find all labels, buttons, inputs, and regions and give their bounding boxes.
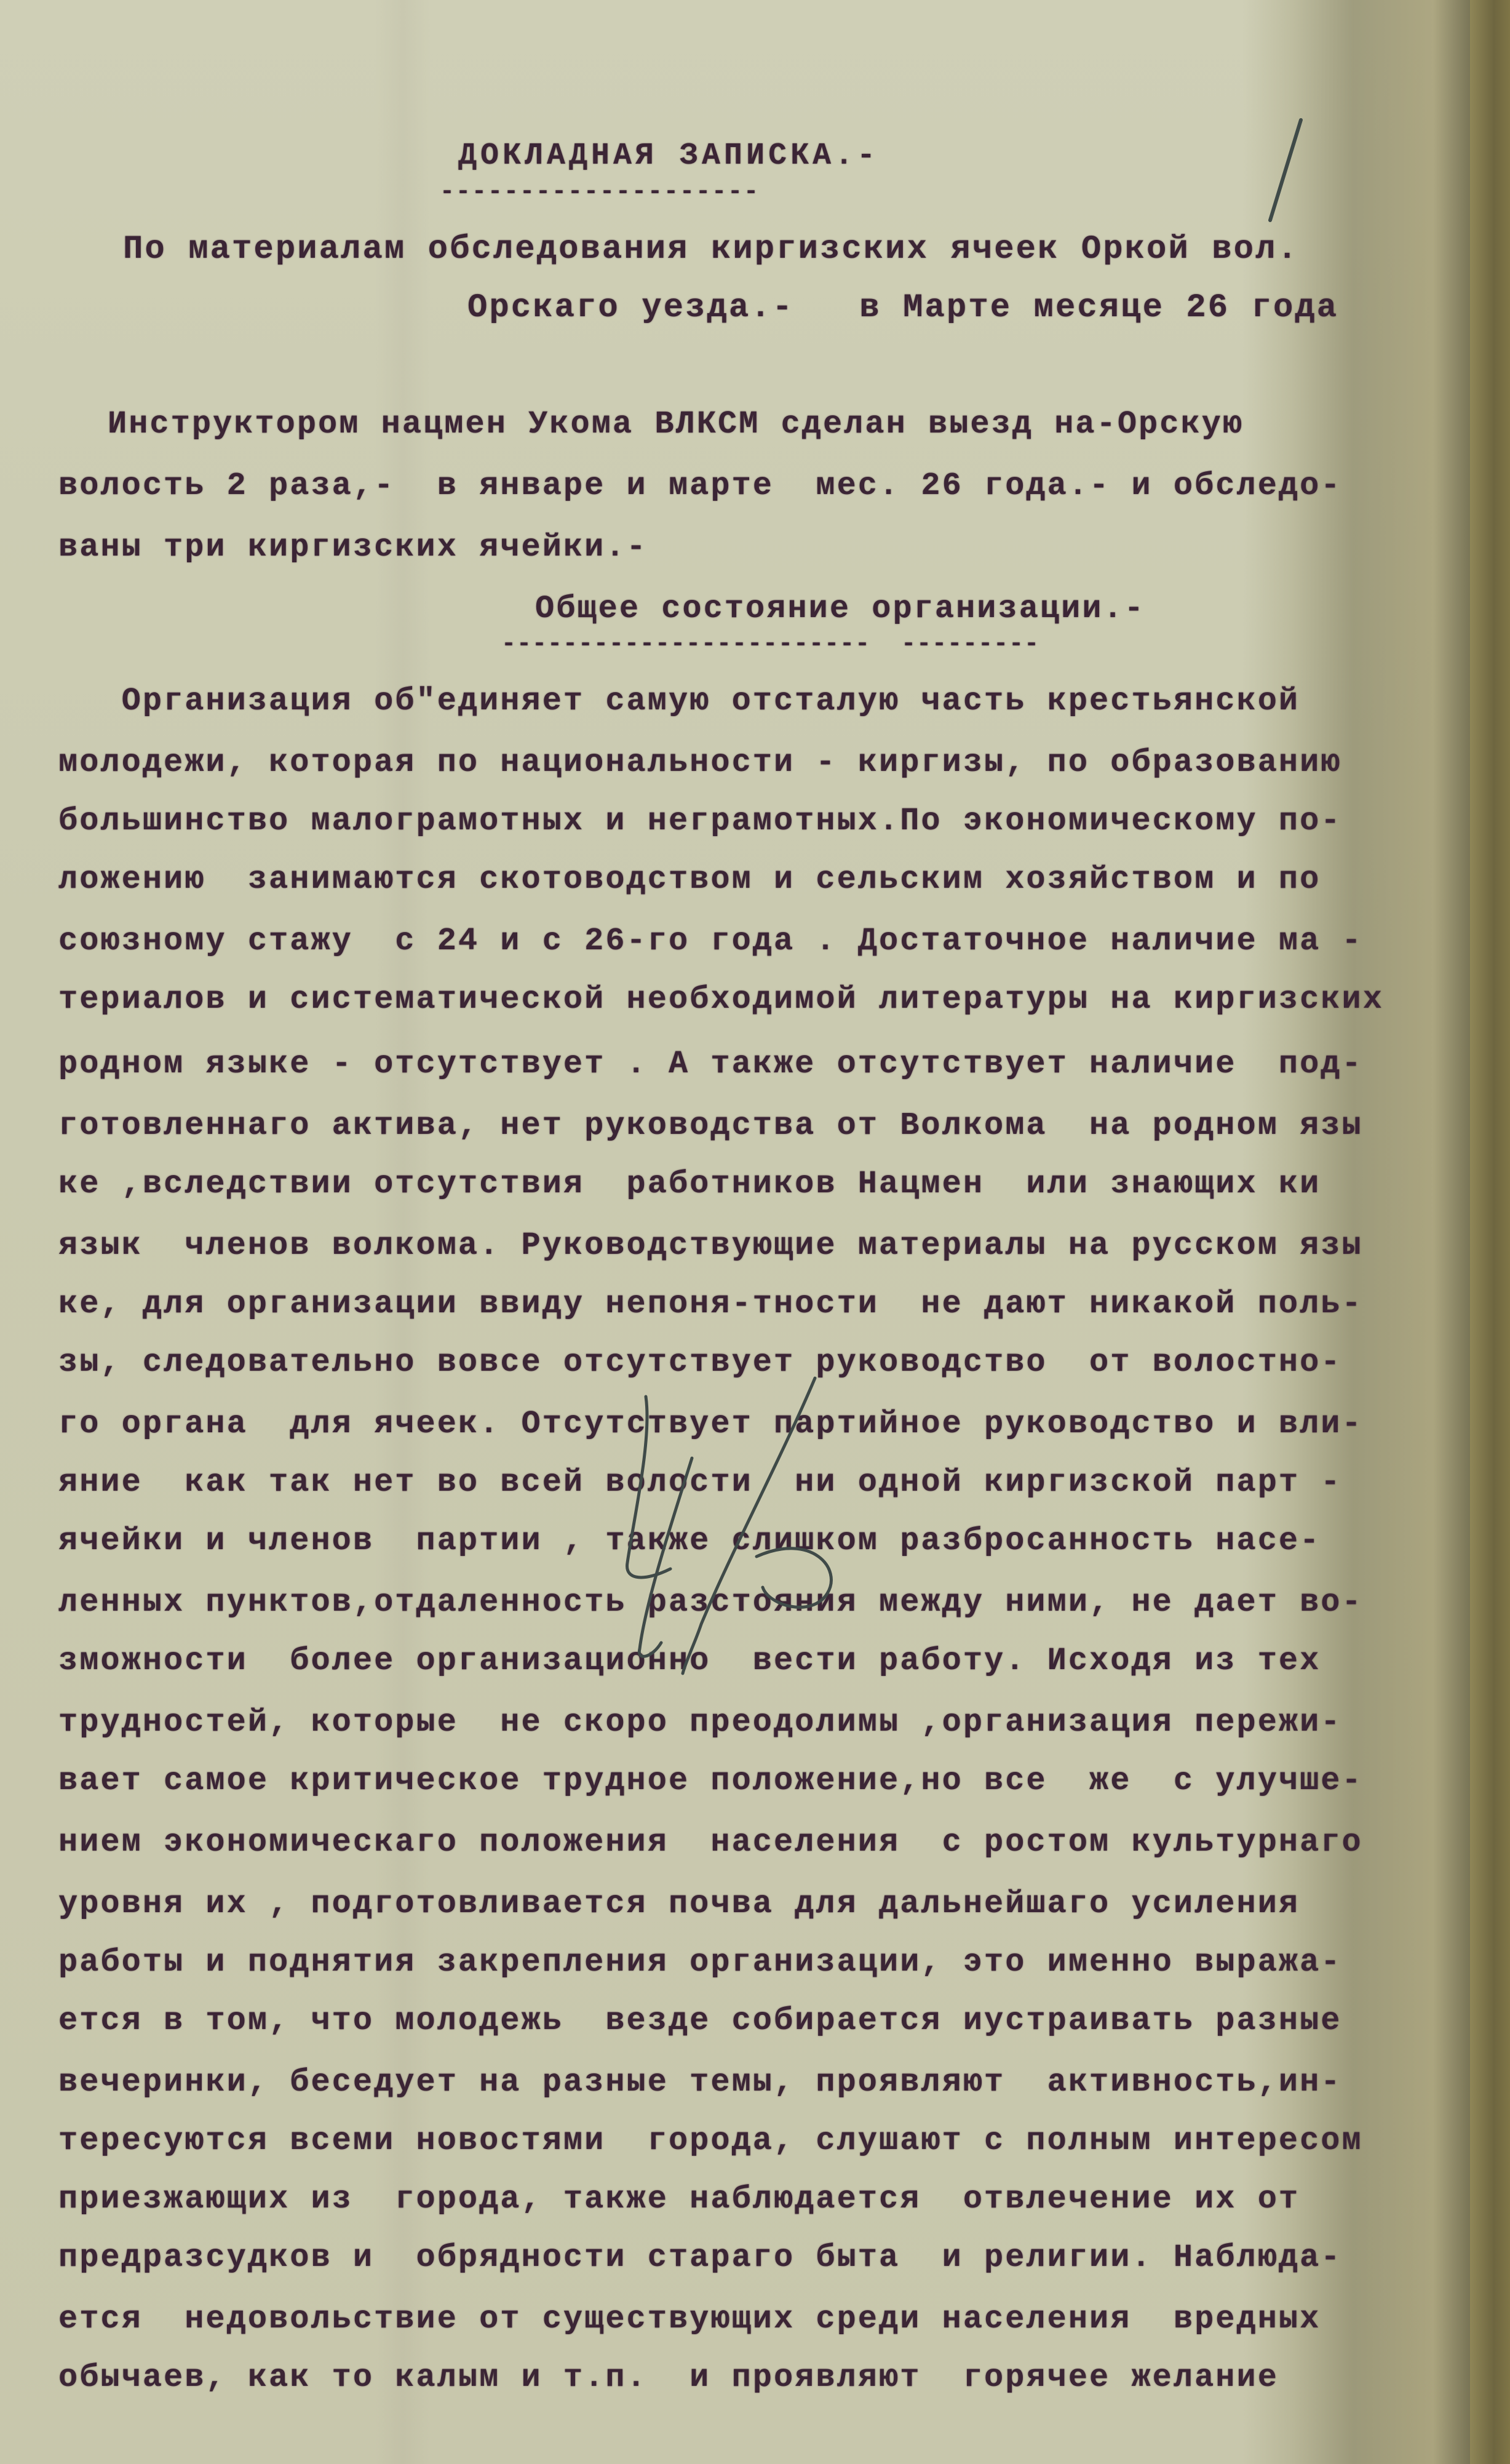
body-line: тересуются всеми новостями города, слуша… bbox=[58, 2123, 1363, 2159]
body-line: ке ,вследствии отсутствия работников Нац… bbox=[58, 1166, 1321, 1202]
body-line: вечеринки, беседует на разные темы, проя… bbox=[58, 2064, 1342, 2100]
subtitle-line-1: По материалам обследования киргизских яч… bbox=[123, 231, 1299, 268]
body-line: Организация об"единяет самую отсталую ча… bbox=[58, 683, 1300, 719]
body-line: большинство малограмотных и неграмотных.… bbox=[58, 803, 1342, 839]
page-number-mark-icon bbox=[1261, 117, 1310, 228]
section-underline: ------------------------ --------- bbox=[501, 631, 1039, 658]
intro-line-1: Инструктором нацмен Укома ВЛКСМ сделан в… bbox=[108, 406, 1244, 442]
body-line: приезжающих из города, также наблюдается… bbox=[58, 2181, 1300, 2217]
body-line: ячейки и членов партии , также слишком р… bbox=[58, 1523, 1321, 1559]
body-line: предразсудков и обрядности стараго быта … bbox=[58, 2239, 1342, 2276]
body-line: язык членов волкома. Руководствующие мат… bbox=[58, 1227, 1363, 1264]
body-line: ложению занимаются скотоводством и сельс… bbox=[58, 861, 1321, 898]
body-line: союзному стажу с 24 и с 26-го года . Дос… bbox=[58, 923, 1363, 959]
body-line: ется в том, что молодежь везде собираетс… bbox=[58, 2003, 1342, 2039]
body-line: ке, для организации ввиду непоня-тности … bbox=[58, 1286, 1363, 1322]
body-line: нием экономическаго положения населения … bbox=[58, 1824, 1363, 1860]
archival-document-page: ДОКЛАДНАЯ ЗАПИСКА.- --------------------… bbox=[0, 0, 1510, 2464]
body-line: зможности более организационно вести раб… bbox=[58, 1643, 1321, 1679]
binding-edge bbox=[1470, 0, 1510, 2464]
section-heading: Общее состояние организации.- bbox=[535, 591, 1145, 627]
body-line: вает самое критическое трудное положение… bbox=[58, 1763, 1363, 1799]
title-underline: -------------------- bbox=[440, 178, 760, 206]
body-line: молодежи, которая по национальности - ки… bbox=[58, 744, 1342, 781]
body-line: уровня их , подготовливается почва для д… bbox=[58, 1886, 1300, 1922]
body-line: ется недовольствие от существующих среди… bbox=[58, 2301, 1321, 2337]
body-line: териалов и систематической необходимой л… bbox=[58, 981, 1384, 1018]
body-line: зы, следовательно вовсе отсутствует руко… bbox=[58, 1344, 1342, 1381]
subtitle-line-2: Орскаго уезда.- в Марте месяце 26 года bbox=[467, 289, 1338, 327]
body-line: работы и поднятия закрепления организаци… bbox=[58, 1944, 1342, 1980]
intro-line-2: волость 2 раза,- в январе и марте мес. 2… bbox=[58, 468, 1342, 504]
body-line: трудностей, которые не скоро преодолимы … bbox=[58, 1704, 1342, 1740]
body-line: родном языке - отсутствует . А также отс… bbox=[58, 1046, 1363, 1082]
document-title: ДОКЛАДНАЯ ЗАПИСКА.- bbox=[458, 138, 879, 173]
body-line: ленных пунктов,отдаленность разстояния м… bbox=[58, 1584, 1363, 1621]
intro-line-3: ваны три киргизских ячейки.- bbox=[58, 529, 648, 565]
body-line: обычаев, как то калым и т.п. и проявляют… bbox=[58, 2359, 1279, 2396]
body-line: яние как так нет во всей волости ни одно… bbox=[58, 1464, 1342, 1501]
body-line: го органа для ячеек. Отсутствует партийн… bbox=[58, 1406, 1363, 1442]
body-line: готовленнаго актива, нет руководства от … bbox=[58, 1107, 1363, 1144]
